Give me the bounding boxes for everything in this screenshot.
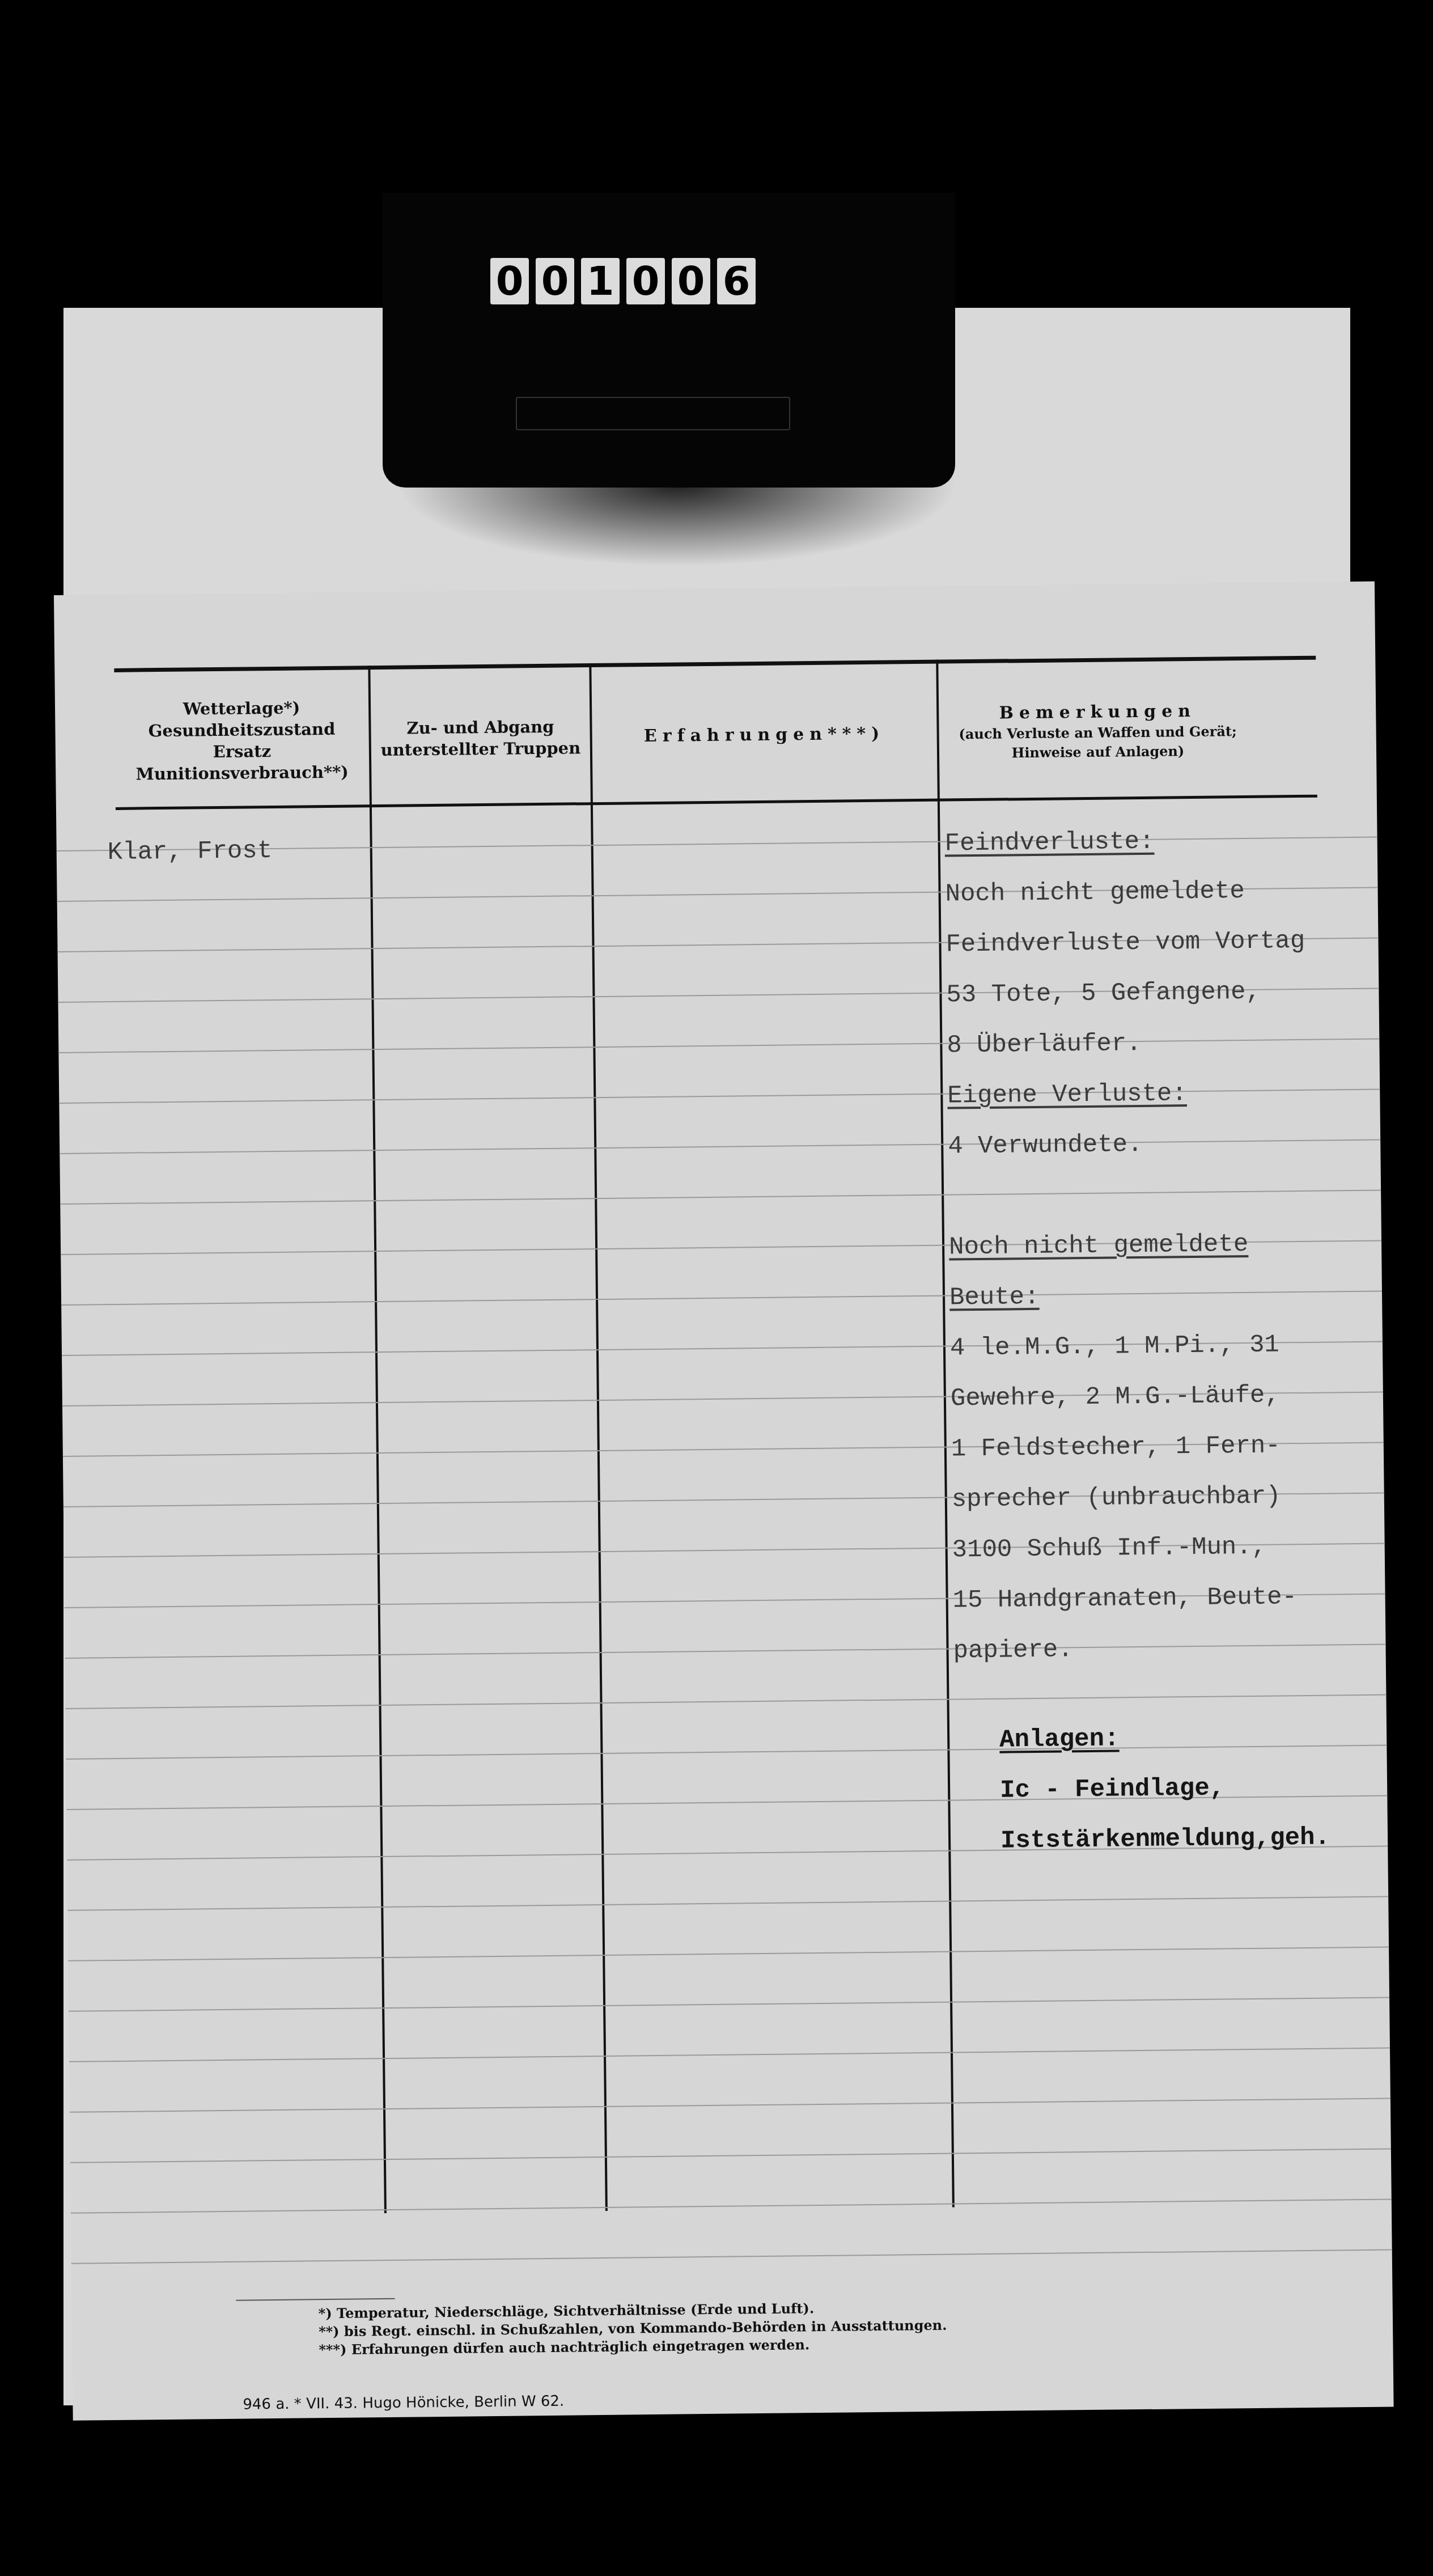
ruled-line — [71, 2198, 1392, 2213]
header-line: Ersatz — [213, 740, 272, 762]
counter-digit: 0 — [536, 258, 574, 304]
header-line: Erfahrungen***) — [644, 723, 885, 747]
remark-line: sprecher (unbrauchbar) — [952, 1482, 1281, 1514]
ruled-line — [69, 1997, 1389, 2011]
counter-label-plate — [516, 397, 790, 430]
header-weather-health: Wetterlage*) Gesundheitszustand Ersatz M… — [115, 677, 370, 804]
counter-digit: 0 — [672, 258, 710, 304]
header-line: Munitionsverbrauch**) — [135, 761, 349, 785]
ruled-line — [70, 2098, 1390, 2112]
header-line: (auch Verluste an Waffen und Gerät; — [959, 722, 1237, 744]
ruled-line — [60, 1139, 1380, 1154]
counter-digit: 6 — [717, 258, 756, 304]
weather-entry: Klar, Frost — [107, 837, 272, 867]
ruled-line — [67, 1896, 1388, 1910]
remark-line: Feindverluste: — [944, 828, 1154, 858]
header-line: Hinweise auf Anlagen) — [1011, 742, 1184, 762]
frame-counter-digits: 0 0 1 0 0 6 — [490, 258, 756, 304]
ruled-line — [65, 1643, 1386, 1658]
header-remarks: Bemerkungen (auch Verluste an Waffen und… — [938, 668, 1257, 796]
printer-imprint: 946 a. * VII. 43. Hugo Hönicke, Berlin W… — [243, 2393, 564, 2413]
counter-digit: 1 — [581, 258, 620, 304]
frame-counter-device — [383, 193, 955, 488]
header-line: Bemerkungen — [999, 701, 1196, 724]
ruled-line — [70, 2148, 1391, 2163]
war-diary-form-sheet: Wetterlage*) Gesundheitszustand Ersatz M… — [54, 582, 1394, 2421]
header-experiences: Erfahrungen***) — [592, 671, 938, 799]
footnotes: *) Temperatur, Niederschläge, Sichtverhä… — [319, 2298, 947, 2359]
form-table: Wetterlage*) Gesundheitszustand Ersatz M… — [114, 656, 1316, 668]
remark-line: Anlagen: — [999, 1725, 1120, 1754]
ruled-line — [58, 1039, 1379, 1053]
remark-line: Noch nicht gemeldete — [945, 877, 1245, 909]
footnote-rule — [236, 2298, 395, 2301]
remark-line: 8 Überläufer. — [947, 1029, 1142, 1060]
remark-line: Eigene Verluste: — [947, 1079, 1187, 1110]
ruled-line — [71, 2249, 1392, 2264]
ruled-line — [60, 1190, 1381, 1205]
ruled-line — [69, 2047, 1390, 2062]
ruled-line — [66, 1694, 1387, 1709]
header-line: Gesundheitszustand — [148, 718, 335, 742]
remark-line: Gewehre, 2 M.G.-Läufe, — [951, 1381, 1280, 1413]
remark-line: Ic - Feindlage, — [1000, 1774, 1225, 1804]
remark-line: 15 Handgranaten, Beute- — [952, 1583, 1297, 1615]
header-line: Wetterlage*) — [183, 697, 300, 719]
ruled-line — [61, 1291, 1382, 1306]
counter-digit: 0 — [626, 258, 665, 304]
remark-line: papiere. — [953, 1636, 1073, 1665]
remark-line: Iststärkenmeldung,geh. — [1000, 1824, 1330, 1855]
remark-line: Beute: — [949, 1283, 1040, 1312]
header-line: unterstellter Truppen — [380, 737, 580, 761]
ruled-line — [66, 1744, 1387, 1759]
remark-line: 53 Tote, 5 Gefangene, — [946, 978, 1261, 1010]
remark-line: 4 Verwundete. — [948, 1130, 1143, 1161]
ruled-line — [68, 1946, 1389, 1961]
remark-line: 4 le.M.G., 1 M.Pi., 31 — [950, 1331, 1279, 1362]
header-troop-changes: Zu- und Abgang unterstellter Truppen — [371, 675, 591, 802]
remark-line: 3100 Schuß Inf.-Mun., — [952, 1533, 1266, 1565]
remark-line: Noch nicht gemeldete — [949, 1230, 1249, 1262]
counter-digit: 0 — [490, 258, 529, 304]
header-line: Zu- und Abgang — [406, 716, 554, 739]
remark-line: Feindverluste vom Vortag — [946, 927, 1305, 959]
remark-line: 1 Feldstecher, 1 Fern- — [951, 1431, 1281, 1463]
